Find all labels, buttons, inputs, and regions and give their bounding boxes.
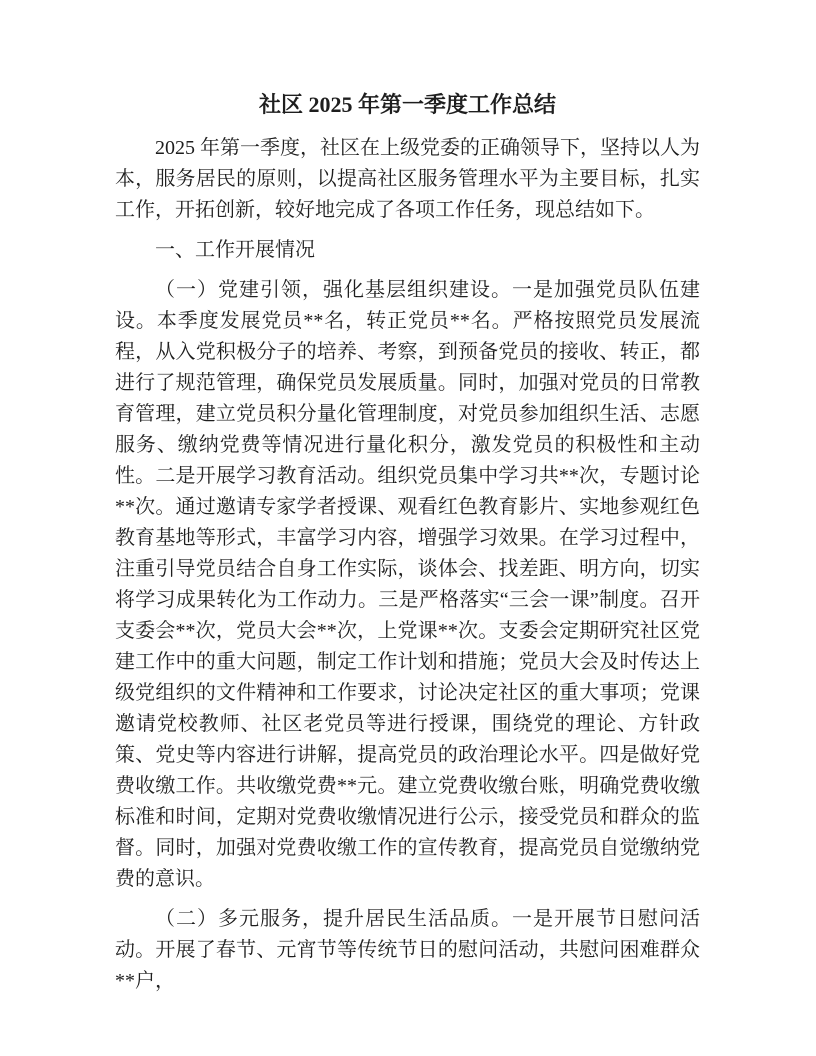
intro-paragraph: 2025 年第一季度，社区在上级党委的正确领导下，坚持以人为本，服务居民的原则，… — [115, 133, 700, 226]
paragraph-resident-services: （二）多元服务，提升居民生活品质。一是开展节日慰问活动。开展了春节、元宵节等传统… — [115, 904, 700, 997]
section-heading-work-progress: 一、工作开展情况 — [115, 235, 700, 266]
paragraph-party-building: （一）党建引领，强化基层组织建设。一是加强党员队伍建设。本季度发展党员**名，转… — [115, 275, 700, 895]
document-title: 社区 2025 年第一季度工作总结 — [115, 88, 700, 121]
document-page: 社区 2025 年第一季度工作总结 2025 年第一季度，社区在上级党委的正确领… — [0, 0, 816, 1056]
